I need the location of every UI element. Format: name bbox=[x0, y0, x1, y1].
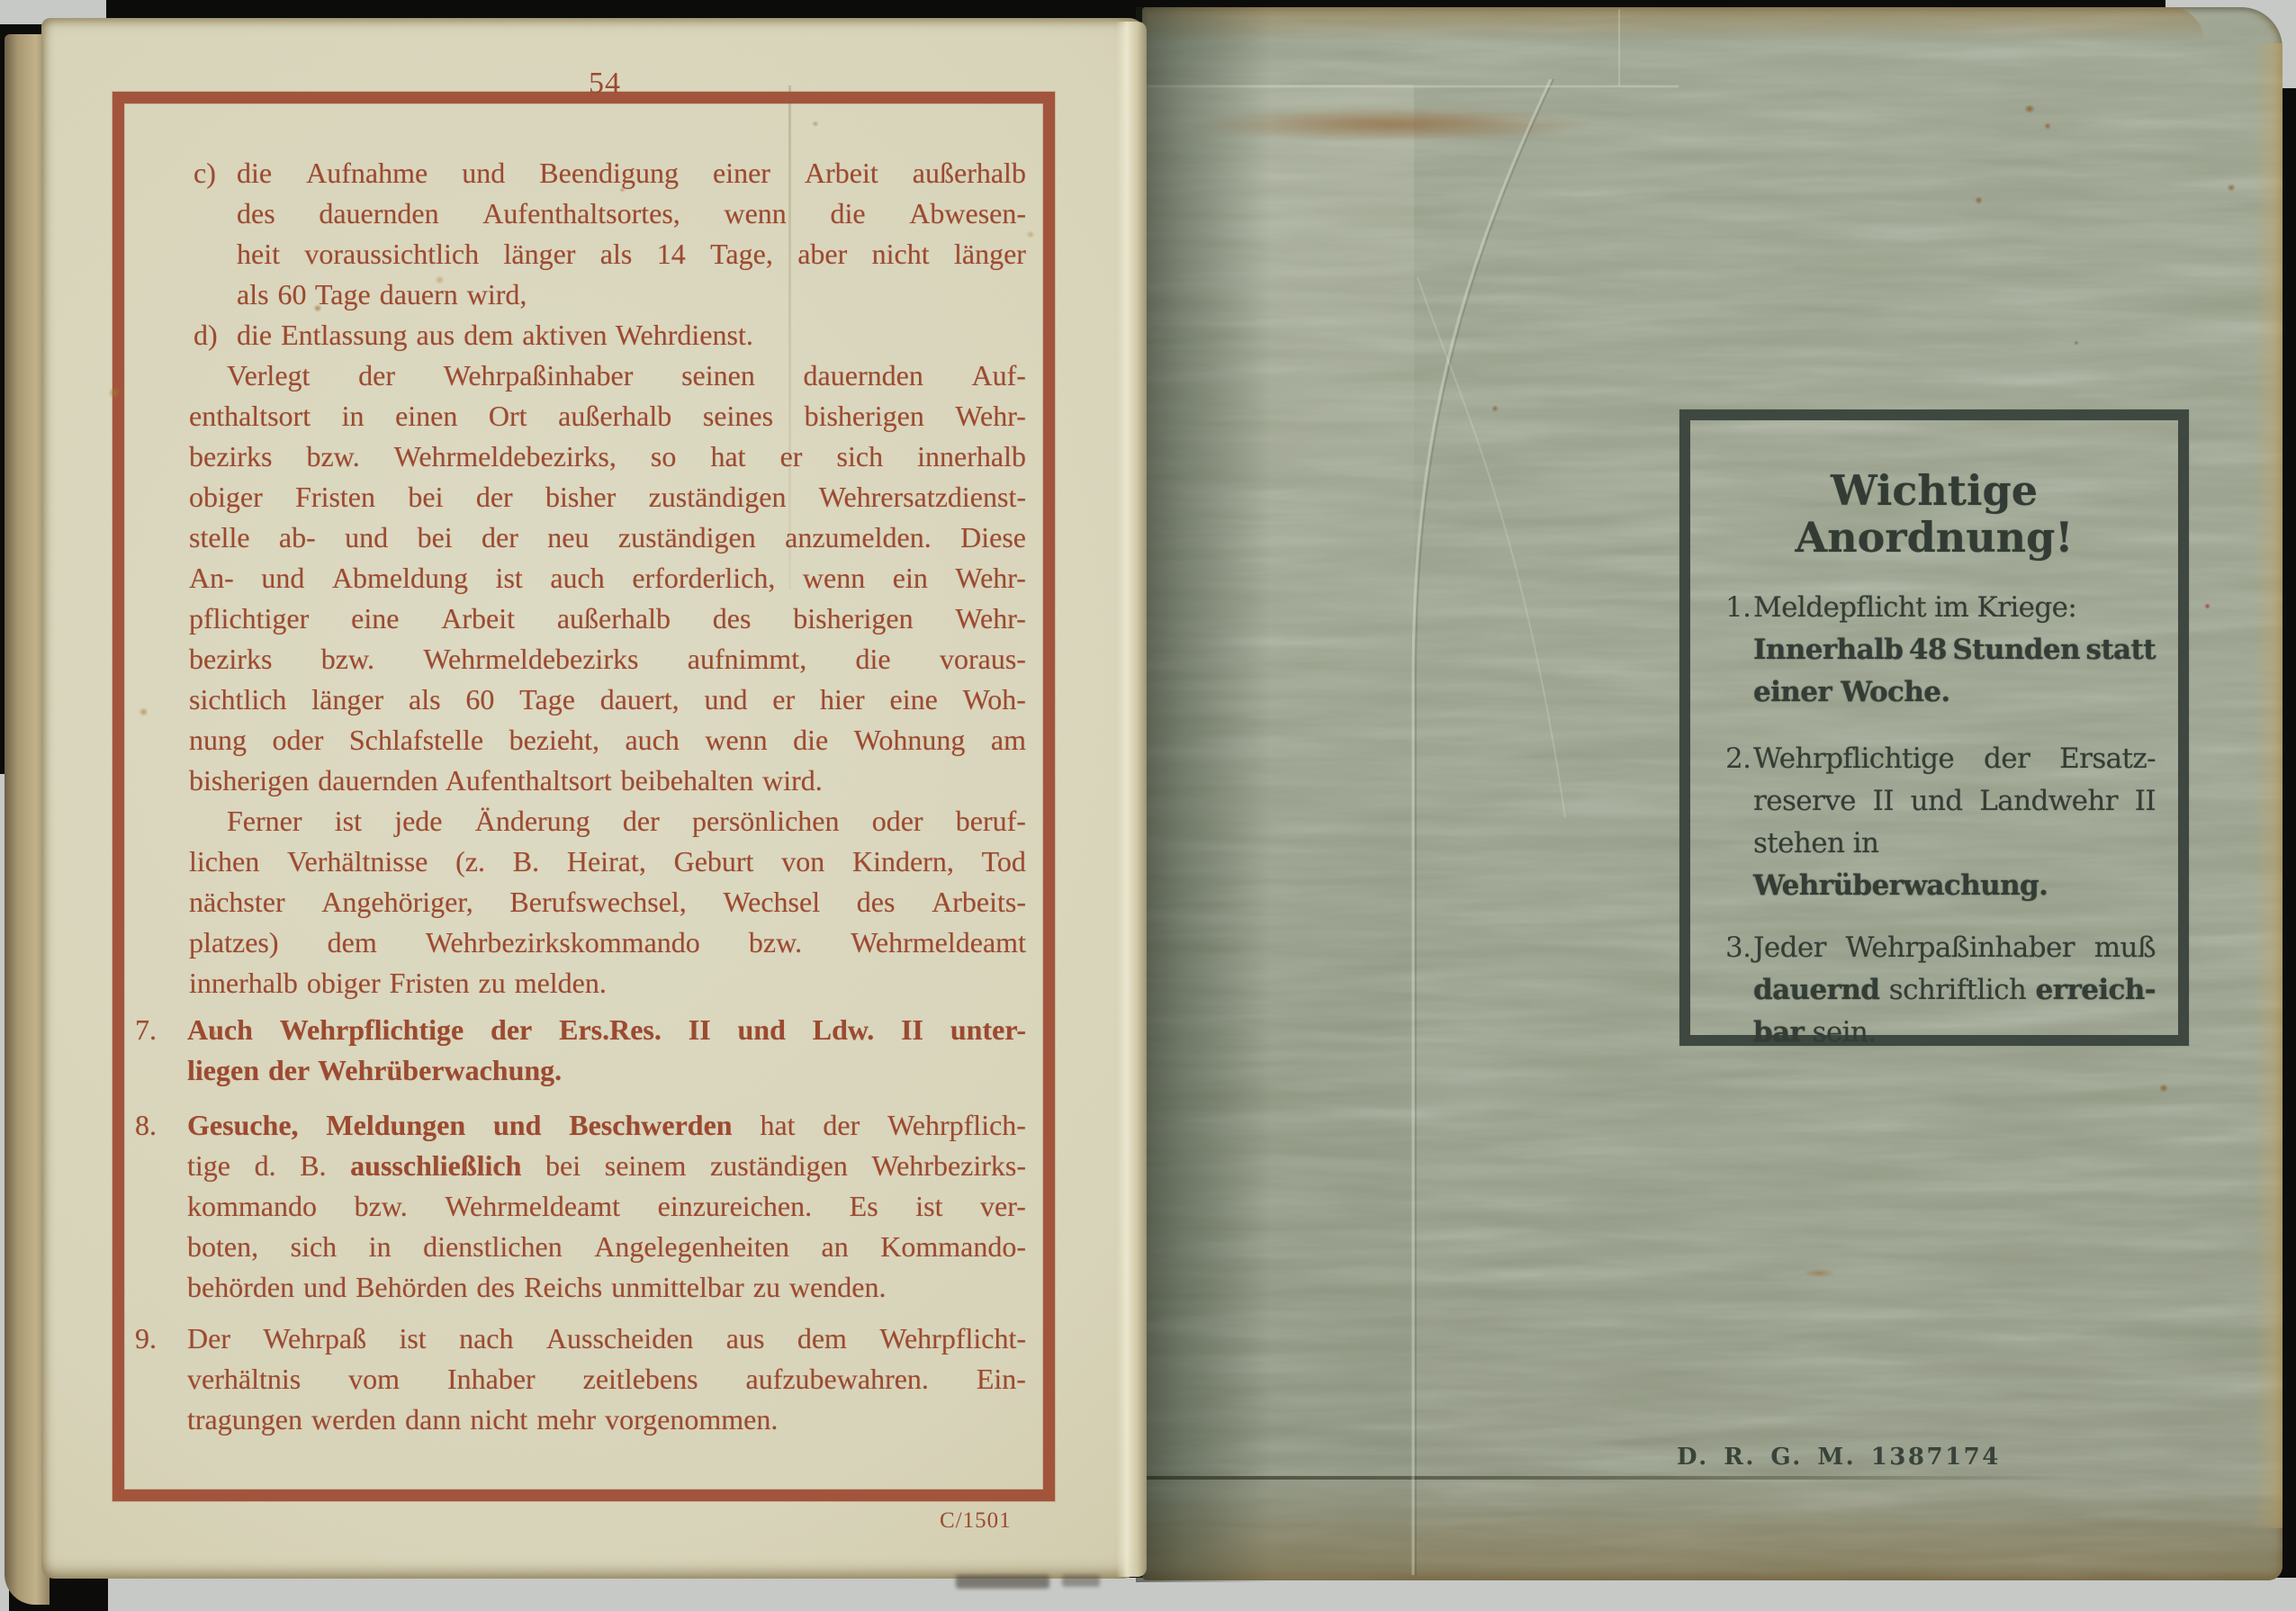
word: des bbox=[857, 882, 896, 922]
text-segment: Wehrüberwachung. bbox=[1753, 869, 2048, 902]
word: pflichtiger bbox=[189, 598, 309, 639]
word: bezirks bbox=[189, 436, 272, 477]
word: Ersatz- bbox=[2059, 738, 2156, 780]
word: seinen bbox=[681, 355, 755, 396]
word: Verlegt bbox=[227, 355, 310, 396]
text-line: liegen der Wehrüberwachung. bbox=[187, 1050, 1026, 1091]
word: länger bbox=[311, 679, 383, 720]
word: obiger bbox=[189, 477, 263, 517]
word: aufzubewahren. bbox=[745, 1359, 928, 1399]
word: Beschwerden bbox=[569, 1105, 732, 1146]
text-line: Wehrüberwachung. bbox=[1753, 865, 2156, 907]
word: zuständigen bbox=[618, 517, 756, 558]
notice-items: 1.Meldepflicht im Kriege:Innerhalb48Stun… bbox=[1690, 587, 2178, 1054]
word: Wehrbezirks- bbox=[871, 1146, 1026, 1186]
text-line: sichtlichlängerals60Tagedauert,underhier… bbox=[189, 679, 1026, 720]
text-line: behörden und Behörden des Reichs unmitte… bbox=[187, 1267, 1026, 1308]
word: ist bbox=[915, 1186, 942, 1227]
word: und bbox=[462, 153, 505, 193]
word: schriftlich bbox=[1889, 969, 2026, 1012]
word: Jeder bbox=[1753, 927, 1826, 969]
word: Wehrpflich- bbox=[887, 1105, 1026, 1146]
word: anzumelden. bbox=[785, 517, 932, 558]
text-line: bezirksbzw.Wehrmeldebezirks,sohatersichi… bbox=[189, 436, 1026, 477]
word: Stunden bbox=[1952, 629, 2080, 671]
word: länger bbox=[503, 234, 575, 274]
word: Aufenthaltsortes, bbox=[482, 193, 680, 234]
text-line: reserveIIundLandwehrII bbox=[1753, 780, 2156, 823]
text-line: einer Woche. bbox=[1753, 671, 2156, 714]
text-block: 7.AuchWehrpflichtigederErs.Res.IIundLdw.… bbox=[135, 1010, 1026, 1091]
word: erforderlich, bbox=[632, 558, 775, 598]
word: seines bbox=[703, 396, 773, 436]
word: voraus- bbox=[940, 639, 1026, 679]
word: außerhalb bbox=[913, 153, 1026, 193]
word: bzw. bbox=[321, 639, 374, 679]
text-line: die Entlassung aus dem aktiven Wehrdiens… bbox=[237, 315, 1026, 355]
word: der bbox=[1984, 738, 2030, 780]
word: zuständigen bbox=[710, 1146, 848, 1186]
word: Kindern, bbox=[852, 841, 954, 882]
word: jede bbox=[394, 801, 442, 841]
word: Heirat, bbox=[567, 841, 646, 882]
word: der bbox=[358, 355, 395, 396]
word: ist bbox=[335, 801, 362, 841]
word: des bbox=[713, 598, 752, 639]
word: zeitlebens bbox=[583, 1359, 698, 1399]
text-line: als 60 Tage dauern wird, bbox=[237, 274, 1026, 315]
word: der bbox=[491, 1010, 532, 1050]
word: Abwesen- bbox=[909, 193, 1026, 234]
word: stelle bbox=[189, 517, 250, 558]
word: 48 bbox=[1909, 629, 1947, 671]
word: B. bbox=[300, 1146, 326, 1186]
notice-item: 3.JederWehrpaßinhabermußdauerndschriftli… bbox=[1725, 927, 2156, 1054]
text-segment: tragungen werden dann nicht mehr vorgeno… bbox=[187, 1403, 778, 1435]
list-marker: c) bbox=[194, 153, 216, 193]
paper-crease bbox=[788, 85, 791, 589]
list-marker: 7. bbox=[135, 1010, 157, 1050]
word: hier bbox=[820, 679, 865, 720]
word: 14 bbox=[657, 234, 686, 274]
text-segment: bar bbox=[1753, 1016, 1804, 1048]
word: er bbox=[780, 436, 803, 477]
word: dauernd bbox=[1753, 969, 1879, 1012]
word: von bbox=[781, 841, 824, 882]
word: auch bbox=[550, 558, 604, 598]
important-order-content: Wichtige Anordnung! 1.Meldepflicht im Kr… bbox=[1690, 467, 2178, 1082]
word: Auf- bbox=[972, 355, 1026, 396]
word: Geburt bbox=[674, 841, 754, 882]
text-line: DerWehrpaßistnachAusscheidenausdemWehrpf… bbox=[187, 1318, 1026, 1359]
notice-item: 2.WehrpflichtigederErsatz-reserveIIundLa… bbox=[1725, 738, 2156, 907]
text-line: stelleab-undbeiderneuzuständigenanzumeld… bbox=[189, 517, 1026, 558]
word: der bbox=[823, 1105, 860, 1146]
word: einen bbox=[395, 396, 457, 436]
text-block: 9.DerWehrpaßistnachAusscheidenausdemWehr… bbox=[135, 1318, 1026, 1440]
word: bezirks bbox=[189, 639, 272, 679]
word: Angelegenheiten bbox=[594, 1227, 789, 1267]
text-segment: Meldepflicht im Kriege: bbox=[1753, 591, 2076, 624]
text-line: dauerndschriftlicherreich- bbox=[1753, 969, 2156, 1012]
word: Landwehr bbox=[1979, 780, 2118, 823]
word: Wehr- bbox=[955, 396, 1026, 436]
notice-title: Wichtige Anordnung! bbox=[1690, 467, 2178, 561]
word: Gesuche, bbox=[187, 1105, 299, 1146]
text-block: VerlegtderWehrpaßinhaberseinendauerndenA… bbox=[135, 355, 1026, 801]
edge-stamp-smudge bbox=[956, 1575, 1049, 1588]
word: Schlafstelle bbox=[349, 720, 483, 760]
word: unter- bbox=[950, 1010, 1026, 1050]
text-line: pflichtigereineArbeitaußerhalbdesbisheri… bbox=[189, 598, 1026, 639]
word: eine bbox=[890, 679, 938, 720]
word: wenn bbox=[705, 720, 767, 760]
word: bei bbox=[545, 1146, 581, 1186]
word: Tod bbox=[982, 841, 1026, 882]
word: Auch bbox=[187, 1010, 253, 1050]
word: II bbox=[901, 1010, 923, 1050]
word: so bbox=[651, 436, 676, 477]
word: reserve bbox=[1753, 780, 1856, 823]
word: Innerhalb bbox=[1753, 629, 1903, 671]
text-line: nächsterAngehöriger,Berufswechsel,Wechse… bbox=[189, 882, 1026, 922]
word: die bbox=[856, 639, 891, 679]
word: Wehrpaß bbox=[263, 1318, 366, 1359]
word: bei bbox=[418, 517, 453, 558]
word: Ers.Res. bbox=[559, 1010, 662, 1050]
word: ist bbox=[399, 1318, 426, 1359]
word: Ein- bbox=[977, 1359, 1026, 1399]
word: Wechsel bbox=[723, 882, 820, 922]
text-line: AuchWehrpflichtigederErs.Res.IIundLdw.II… bbox=[187, 1010, 1026, 1050]
text-line: dieAufnahmeundBeendigungeinerArbeitaußer… bbox=[237, 153, 1026, 193]
list-marker: d) bbox=[194, 315, 218, 355]
text-line: nungoderSchlafstellebezieht,auchwenndieW… bbox=[189, 720, 1026, 760]
word: bzw. bbox=[306, 436, 359, 477]
word: Wehr- bbox=[955, 598, 1026, 639]
word: auch bbox=[625, 720, 679, 760]
word: ein bbox=[893, 558, 928, 598]
page-stack-edge bbox=[1116, 22, 1147, 1577]
notice-item: 1.Meldepflicht im Kriege:Innerhalb48Stun… bbox=[1725, 587, 2156, 714]
word: zuständigen bbox=[649, 477, 787, 517]
word: II bbox=[2135, 780, 2156, 823]
word: aber bbox=[797, 234, 847, 274]
word: boten, bbox=[187, 1227, 258, 1267]
word: Arbeit bbox=[441, 598, 515, 639]
text-line: tragungen werden dann nicht mehr vorgeno… bbox=[187, 1399, 1026, 1440]
word: eine bbox=[351, 598, 399, 639]
word: Fristen bbox=[295, 477, 375, 517]
word: aufnimmt, bbox=[688, 639, 806, 679]
word: Abmeldung bbox=[332, 558, 468, 598]
edge-stamp-smudge bbox=[1062, 1575, 1100, 1587]
word: enthaltsort bbox=[189, 396, 311, 436]
word: außerhalb bbox=[557, 598, 671, 639]
word: Wehrmeldeamt bbox=[851, 922, 1026, 963]
word: voraussichtlich bbox=[304, 234, 479, 274]
text-segment: einer Woche. bbox=[1753, 676, 1950, 708]
word: Ferner bbox=[227, 801, 302, 841]
text-block: c)dieAufnahmeundBeendigungeinerArbeitauß… bbox=[135, 153, 1026, 315]
word: erreich- bbox=[2036, 969, 2156, 1012]
word: dienstlichen bbox=[423, 1227, 563, 1267]
word: persönlichen bbox=[692, 801, 840, 841]
word: dauernden bbox=[804, 355, 923, 396]
word: verhältnis bbox=[187, 1359, 301, 1399]
word: und bbox=[493, 1105, 541, 1146]
word: Wehrpflichtige bbox=[1753, 738, 1954, 780]
word: aus bbox=[726, 1318, 765, 1359]
text-segment: die Entlassung aus dem aktiven Wehrdiens… bbox=[237, 319, 753, 351]
list-marker: 2. bbox=[1725, 738, 1751, 780]
word: Aufnahme bbox=[306, 153, 428, 193]
word: Wehrpflichtige bbox=[280, 1010, 464, 1050]
word: An- bbox=[189, 558, 234, 598]
word: sich bbox=[291, 1227, 338, 1267]
word: Der bbox=[187, 1318, 230, 1359]
word: nach bbox=[459, 1318, 513, 1359]
word: Wehrpaßinhaber bbox=[444, 355, 634, 396]
word: d. bbox=[255, 1146, 276, 1186]
word: oder bbox=[272, 720, 323, 760]
word: muß bbox=[2094, 927, 2156, 969]
text-line: kommandobzw.Wehrmeldeamteinzureichen.Esi… bbox=[187, 1186, 1026, 1227]
word: lichen bbox=[189, 841, 259, 882]
word: Wohnung bbox=[854, 720, 966, 760]
word: am bbox=[991, 720, 1026, 760]
text-segment: innerhalb obiger Fristen zu melden. bbox=[189, 967, 607, 999]
drgm-stamp: D. R. G. M. 1387174 bbox=[1677, 1444, 2001, 1471]
page-number: 54 bbox=[551, 67, 659, 101]
word: Wehr- bbox=[955, 558, 1026, 598]
word: (z. bbox=[455, 841, 485, 882]
word: der bbox=[476, 477, 513, 517]
word: nung bbox=[189, 720, 247, 760]
text-line: lichenVerhältnisse(z.B.Heirat,GeburtvonK… bbox=[189, 841, 1026, 882]
word: Angehöriger, bbox=[321, 882, 473, 922]
text-line: platzes)demWehrbezirkskommandobzw.Wehrme… bbox=[189, 922, 1026, 963]
list-marker: 9. bbox=[135, 1318, 157, 1359]
wehrpass-scan: Wichtige Anordnung! 1.Meldepflicht im Kr… bbox=[0, 0, 2296, 1611]
word: einzureichen. bbox=[658, 1186, 812, 1227]
word: länger bbox=[954, 234, 1026, 274]
word: und bbox=[1911, 780, 1963, 823]
word: Beendigung bbox=[539, 153, 679, 193]
word: platzes) bbox=[189, 922, 279, 963]
word: und bbox=[704, 679, 747, 720]
word: hat bbox=[760, 1105, 795, 1146]
text-line: verhältnisvomInhaberzeitlebensaufzubewah… bbox=[187, 1359, 1026, 1399]
word: Arbeit bbox=[805, 153, 878, 193]
list-marker: 3. bbox=[1725, 927, 1751, 969]
list-marker: 8. bbox=[135, 1105, 157, 1146]
text-line: VerlegtderWehrpaßinhaberseinendauerndenA… bbox=[189, 355, 1026, 396]
text-line: stehen in bbox=[1753, 823, 2156, 865]
word: bisher bbox=[545, 477, 616, 517]
text-line: bezirksbzw.Wehrmeldebezirksaufnimmt,diev… bbox=[189, 639, 1026, 679]
word: neu bbox=[547, 517, 589, 558]
back-cover: Wichtige Anordnung! 1.Meldepflicht im Kr… bbox=[1142, 7, 2282, 1580]
page-text-column: c)dieAufnahmeundBeendigungeinerArbeitauß… bbox=[135, 153, 1026, 1440]
word: Tage, bbox=[710, 234, 773, 274]
word: Kommando- bbox=[880, 1227, 1026, 1267]
text-segment: behörden und Behörden des Reichs unmitte… bbox=[187, 1271, 886, 1303]
word: wenn bbox=[803, 558, 865, 598]
text-line: innerhalb obiger Fristen zu melden. bbox=[189, 963, 1026, 1003]
text-segment: bisherigen dauernden Aufenthaltsort beib… bbox=[189, 764, 823, 796]
text-line: An-undAbmeldungistaucherforderlich,wenne… bbox=[189, 558, 1026, 598]
print-code: C/1501 bbox=[940, 1508, 1012, 1534]
word: Woh- bbox=[963, 679, 1026, 720]
word: Ort bbox=[489, 396, 527, 436]
word: dauert, bbox=[600, 679, 680, 720]
word: seinem bbox=[605, 1146, 687, 1186]
word: Es bbox=[850, 1186, 878, 1227]
word: Wehrmeldebezirks, bbox=[394, 436, 617, 477]
scanner-bed-bottom bbox=[108, 1578, 2296, 1611]
word: an bbox=[822, 1227, 849, 1267]
word: Wehrpflicht- bbox=[879, 1318, 1026, 1359]
word: nächster bbox=[189, 882, 285, 922]
text-line: WehrpflichtigederErsatz- bbox=[1753, 738, 2156, 780]
word: Wehrmeldebezirks bbox=[423, 639, 638, 679]
word: und bbox=[261, 558, 304, 598]
word: Meldungen bbox=[326, 1105, 465, 1146]
important-order-box: Wichtige Anordnung! 1.Meldepflicht im Kr… bbox=[1679, 409, 2189, 1046]
word: II bbox=[689, 1010, 711, 1050]
word: Verhältnisse bbox=[287, 841, 428, 882]
text-segment: sein. bbox=[1804, 1016, 1876, 1048]
text-segment: liegen der Wehrüberwachung. bbox=[187, 1054, 562, 1086]
word: die bbox=[237, 153, 272, 193]
text-segment: als 60 Tage dauern wird, bbox=[237, 278, 527, 310]
text-line: FerneristjedeÄnderungderpersönlichenoder… bbox=[189, 801, 1026, 841]
word: als bbox=[409, 679, 441, 720]
word: Diese bbox=[960, 517, 1026, 558]
word: ab- bbox=[279, 517, 316, 558]
word: Ausscheiden bbox=[546, 1318, 694, 1359]
word: heit bbox=[237, 234, 280, 274]
word: sich bbox=[837, 436, 884, 477]
word: ist bbox=[496, 558, 523, 598]
word: Arbeits- bbox=[932, 882, 1026, 922]
text-line: Meldepflicht im Kriege: bbox=[1753, 587, 2156, 629]
list-marker: 1. bbox=[1725, 587, 1751, 629]
word: als bbox=[600, 234, 633, 274]
text-line: JederWehrpaßinhabermuß bbox=[1753, 927, 2156, 969]
word: dauernden bbox=[319, 193, 438, 234]
word: nicht bbox=[872, 234, 930, 274]
text-block: FerneristjedeÄnderungderpersönlichenoder… bbox=[135, 801, 1026, 1003]
word: kommando bbox=[187, 1186, 317, 1227]
word: Ldw. bbox=[813, 1010, 874, 1050]
word: Wehrmeldeamt bbox=[445, 1186, 620, 1227]
text-line: enthaltsortineinenOrtaußerhalbseinesbish… bbox=[189, 396, 1026, 436]
word: tige bbox=[187, 1146, 230, 1186]
text-line: bar sein. bbox=[1753, 1012, 2156, 1054]
word: in bbox=[342, 396, 365, 436]
text-line: Innerhalb48Stundenstatt bbox=[1753, 629, 2156, 671]
word: sichtlich bbox=[189, 679, 286, 720]
word: bei bbox=[408, 477, 443, 517]
word: dem bbox=[797, 1318, 847, 1359]
word: einer bbox=[713, 153, 770, 193]
text-block: 8.Gesuche,MeldungenundBeschwerdenhatderW… bbox=[135, 1105, 1026, 1308]
word: Wehrbezirkskommando bbox=[426, 922, 700, 963]
text-segment: stehen in bbox=[1753, 827, 1878, 859]
word: der bbox=[482, 517, 518, 558]
word: Wehrersatzdienst- bbox=[819, 477, 1026, 517]
word: Tage bbox=[519, 679, 575, 720]
text-block: d)die Entlassung aus dem aktiven Wehrdie… bbox=[135, 315, 1026, 355]
word: oder bbox=[872, 801, 923, 841]
word: die bbox=[793, 720, 828, 760]
word: bezieht, bbox=[509, 720, 599, 760]
text-line: desdauerndenAufenthaltsortes,wenndieAbwe… bbox=[237, 193, 1026, 234]
word: wenn bbox=[724, 193, 786, 234]
word: innerhalb bbox=[917, 436, 1026, 477]
word: statt bbox=[2085, 629, 2156, 671]
gutter-shadow bbox=[1136, 7, 1271, 1582]
word: II bbox=[1873, 780, 1894, 823]
word: vom bbox=[348, 1359, 400, 1399]
word: und bbox=[345, 517, 388, 558]
word: ausschließlich bbox=[350, 1146, 521, 1186]
word: außerhalb bbox=[558, 396, 671, 436]
word: der bbox=[623, 801, 660, 841]
word: Inhaber bbox=[447, 1359, 536, 1399]
word: bzw. bbox=[749, 922, 802, 963]
word: 60 bbox=[465, 679, 494, 720]
word: bisherigen bbox=[793, 598, 913, 639]
word: Änderung bbox=[475, 801, 590, 841]
word: in bbox=[369, 1227, 392, 1267]
word: hat bbox=[710, 436, 745, 477]
word: beruf- bbox=[956, 801, 1026, 841]
text-line: Gesuche,MeldungenundBeschwerdenhatderWeh… bbox=[187, 1105, 1026, 1146]
word: die bbox=[830, 193, 865, 234]
word: bisherigen bbox=[805, 396, 924, 436]
word: dem bbox=[328, 922, 377, 963]
text-line: bisherigen dauernden Aufenthaltsort beib… bbox=[189, 760, 1026, 801]
text-line: obigerFristenbeiderbisherzuständigenWehr… bbox=[189, 477, 1026, 517]
word: Wehrpaßinhaber bbox=[1846, 927, 2075, 969]
word: des bbox=[237, 193, 275, 234]
word: B. bbox=[513, 841, 539, 882]
word: Berufswechsel, bbox=[509, 882, 686, 922]
word: und bbox=[738, 1010, 786, 1050]
text-line: heitvoraussichtlichlängerals14Tage,abern… bbox=[237, 234, 1026, 274]
text-line: tiged.B.ausschließlichbeiseinemzuständig… bbox=[187, 1146, 1026, 1186]
word: er bbox=[772, 679, 795, 720]
word: ver- bbox=[980, 1186, 1026, 1227]
text-line: boten,sichindienstlichenAngelegenheitena… bbox=[187, 1227, 1026, 1267]
word: bzw. bbox=[355, 1186, 408, 1227]
